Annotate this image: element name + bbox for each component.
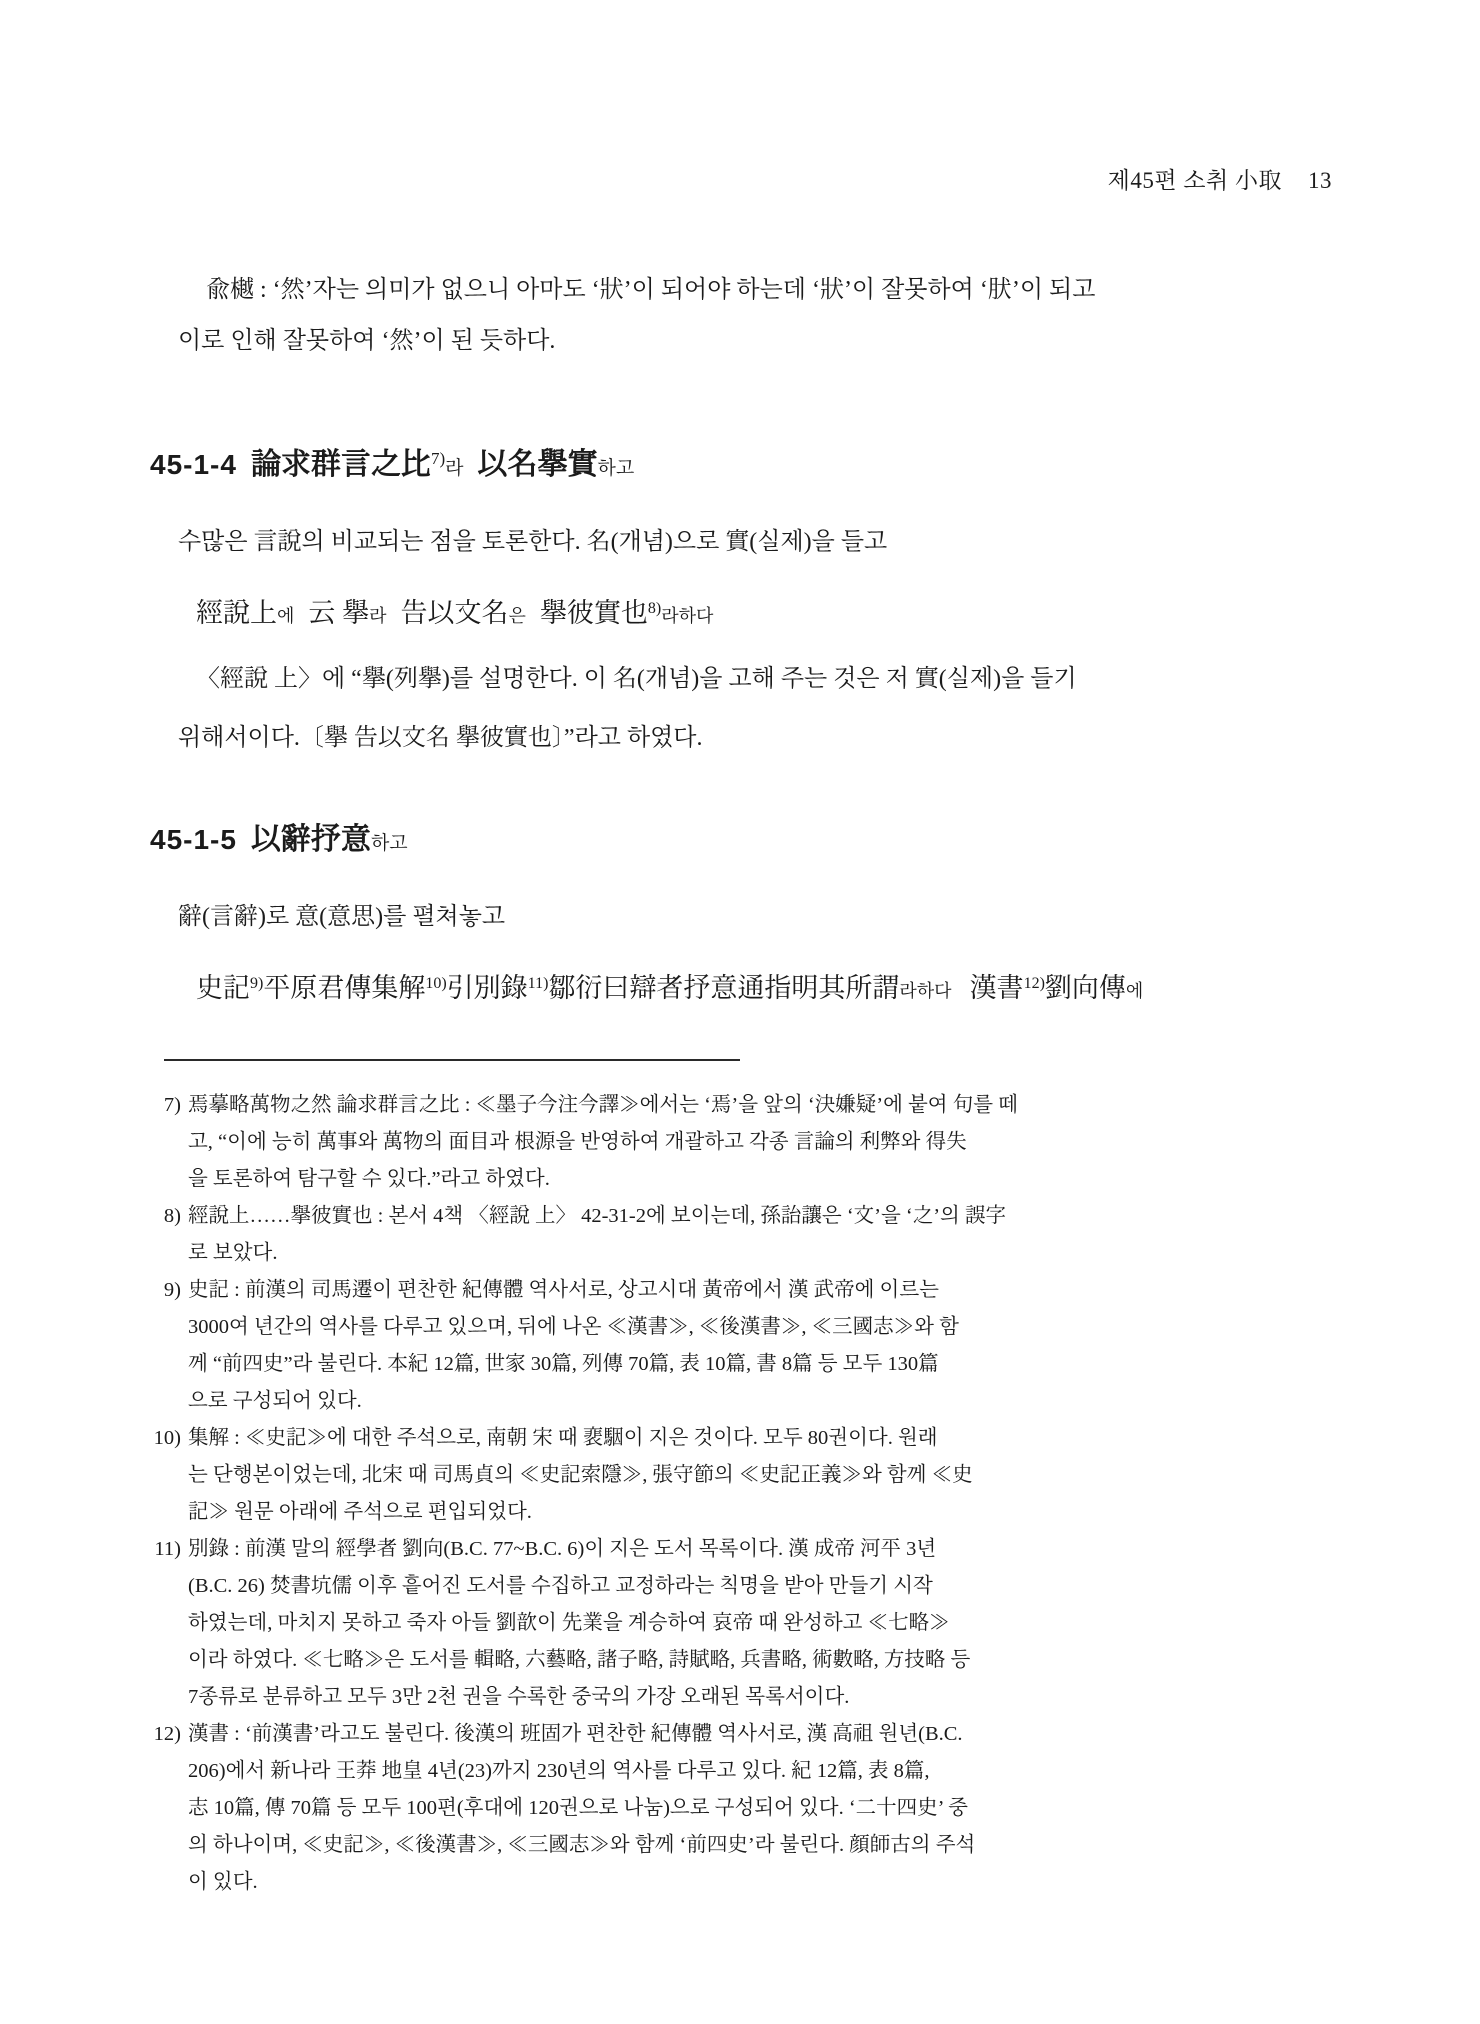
footnote-line: 7종류로 분류하고 모두 3만 2천 권을 수록한 중국의 가장 오래된 목록서… bbox=[150, 1679, 1332, 1716]
section-heading: 45-1-5以辭抒意하고 bbox=[150, 814, 1332, 858]
quote-tto: 라 bbox=[369, 606, 386, 626]
footnote-line: 8)經說上……擧彼實也 : 본서 4책 〈經說 上〉 42-31-2에 보이는데… bbox=[150, 1198, 1332, 1235]
footnote-number: 10) bbox=[150, 1420, 188, 1457]
quote-hanmun: 擧彼實也 bbox=[540, 598, 648, 628]
footnote-line: (B.C. 26) 焚書坑儒 이후 흩어진 도서를 수집하고 교정하라는 칙명을… bbox=[150, 1568, 1332, 1605]
chapter-title: 제45편 소취 小取 bbox=[1108, 168, 1282, 193]
quote-translation-line: 〈經說 上〉에 “擧(列擧)를 설명한다. 이 名(개념)을 고해 주는 것은 … bbox=[150, 650, 1332, 709]
commentary-line: 이로 인해 잘못하여 ‘然’이 된 듯하다. bbox=[178, 316, 1332, 367]
footnote-ref-7: 7) bbox=[431, 449, 445, 468]
footnote-text: 經說上……擧彼實也 : 본서 4책 〈經說 上〉 42-31-2에 보이는데, … bbox=[188, 1205, 1006, 1227]
footnote-line: 께 “前四史”라 불린다. 本紀 12篇, 世家 30篇, 列傳 70篇, 表 … bbox=[150, 1346, 1332, 1383]
section-translation: 수많은 言說의 비교되는 점을 토론한다. 名(개념)으로 實(실제)을 들고 bbox=[150, 517, 1332, 567]
footnote-text: 焉摹略萬物之然 論求群言之比 : ≪墨子今注今譯≫에서는 ‘焉’을 앞의 ‘決嫌… bbox=[188, 1094, 1018, 1116]
footnote-line: 12)漢書 : ‘前漢書’라고도 불린다. 後漢의 班固가 편찬한 紀傳體 역사… bbox=[150, 1716, 1332, 1753]
quote-hanmun: 劉向傳 bbox=[1045, 973, 1126, 1003]
heading-hanmun: 以辭抒意 bbox=[251, 823, 371, 856]
footnote-12: 12)漢書 : ‘前漢書’라고도 불린다. 後漢의 班固가 편찬한 紀傳體 역사… bbox=[150, 1716, 1332, 1901]
quote-tto: 라하다 bbox=[899, 981, 951, 1001]
quote-hanmun: 云 擧 bbox=[308, 598, 369, 628]
footnote-line: 로 보았다. bbox=[150, 1235, 1332, 1272]
running-head: 제45편 소취 小取13 bbox=[150, 162, 1332, 195]
footnote-7: 7)焉摹略萬物之然 論求群言之比 : ≪墨子今注今譯≫에서는 ‘焉’을 앞의 ‘… bbox=[150, 1087, 1332, 1198]
footnote-line: 9)史記 : 前漢의 司馬遷이 편찬한 紀傳體 역사서로, 상고시대 黃帝에서 … bbox=[150, 1272, 1332, 1309]
footnote-text: 別錄 : 前漢 말의 經學者 劉向(B.C. 77~B.C. 6)이 지은 도서… bbox=[188, 1538, 936, 1560]
commentary-line: 兪樾 : ‘然’자는 의미가 없으니 아마도 ‘狀’이 되어야 하는데 ‘狀’이… bbox=[178, 265, 1332, 316]
footnote-line: 이라 하였다. ≪七略≫은 도서를 輯略, 六藝略, 諸子略, 詩賦略, 兵書略… bbox=[150, 1642, 1332, 1679]
page-number: 13 bbox=[1308, 168, 1332, 193]
footnotes-section: 7)焉摹略萬物之然 論求群言之比 : ≪墨子今注今譯≫에서는 ‘焉’을 앞의 ‘… bbox=[150, 1087, 1332, 1901]
footnote-text: 漢書 : ‘前漢書’라고도 불린다. 後漢의 班固가 편찬한 紀傳體 역사서로,… bbox=[188, 1723, 963, 1745]
footnote-11: 11)別錄 : 前漢 말의 經學者 劉向(B.C. 77~B.C. 6)이 지은… bbox=[150, 1531, 1332, 1716]
quote-translation: 〈經說 上〉에 “擧(列擧)를 설명한다. 이 名(개념)을 고해 주는 것은 … bbox=[150, 650, 1332, 768]
footnote-line: 으로 구성되어 있다. bbox=[150, 1383, 1332, 1420]
footnote-ref-12: 12) bbox=[1024, 975, 1045, 992]
section-translation: 辭(言辭)로 意(意思)를 펼쳐놓고 bbox=[150, 892, 1332, 942]
heading-tto: 라 bbox=[445, 458, 463, 479]
footnote-ref-8: 8) bbox=[648, 600, 661, 617]
quote-hanmun: 鄒衍曰辯者抒意通指明其所謂 bbox=[548, 973, 899, 1003]
footnote-8: 8)經說上……擧彼實也 : 본서 4책 〈經說 上〉 42-31-2에 보이는데… bbox=[150, 1198, 1332, 1272]
quote-tto: 에 bbox=[1126, 981, 1143, 1001]
footnote-line: 志 10篇, 傳 70篇 등 모두 100편(후대에 120권으로 나눔)으로 … bbox=[150, 1790, 1332, 1827]
document-page: 제45편 소취 小取13 兪樾 : ‘然’자는 의미가 없으니 아마도 ‘狀’이… bbox=[0, 0, 1480, 2024]
footnote-line: 는 단행본이었는데, 北宋 때 司馬貞의 ≪史記索隱≫, 張守節의 ≪史記正義≫… bbox=[150, 1457, 1332, 1494]
section-heading: 45-1-4論求群言之比7)라以名擧實하고 bbox=[150, 439, 1332, 483]
footnote-line: 을 토론하여 탐구할 수 있다.”라고 하였다. bbox=[150, 1161, 1332, 1198]
commentary-paragraph: 兪樾 : ‘然’자는 의미가 없으니 아마도 ‘狀’이 되어야 하는데 ‘狀’이… bbox=[150, 265, 1332, 367]
quote-hanmun: 平原君傳集解 bbox=[263, 973, 425, 1003]
footnote-line: 3000여 년간의 역사를 다루고 있으며, 뒤에 나온 ≪漢書≫, ≪後漢書≫… bbox=[150, 1309, 1332, 1346]
section-number: 45-1-4 bbox=[150, 449, 237, 480]
quote-hanmun: 告以文名 bbox=[401, 598, 509, 628]
footnote-ref-10: 10) bbox=[425, 975, 446, 992]
footnote-text: 史記 : 前漢의 司馬遷이 편찬한 紀傳體 역사서로, 상고시대 黃帝에서 漢 … bbox=[188, 1279, 939, 1301]
heading-hanmun: 論求群言之比 bbox=[251, 448, 431, 481]
footnote-line: 이 있다. bbox=[150, 1864, 1332, 1901]
footnote-line: 11)別錄 : 前漢 말의 經學者 劉向(B.C. 77~B.C. 6)이 지은… bbox=[150, 1531, 1332, 1568]
quote-tto: 라하다 bbox=[661, 606, 713, 626]
section-number: 45-1-5 bbox=[150, 824, 237, 855]
quote-tto: 은 bbox=[509, 606, 526, 626]
footnote-line: 記≫ 원문 아래에 주석으로 편입되었다. bbox=[150, 1494, 1332, 1531]
section-45-1-5: 45-1-5以辭抒意하고 辭(言辭)로 意(意思)를 펼쳐놓고 史記9)平原君傳… bbox=[150, 814, 1332, 1005]
footnote-ref-9: 9) bbox=[250, 975, 263, 992]
quote-hanmun: 引別錄 bbox=[447, 973, 528, 1003]
footnote-line: 고, “이에 능히 萬事와 萬物의 面目과 根源을 반영하여 개괄하고 각종 言… bbox=[150, 1124, 1332, 1161]
footnote-line: 206)에서 新나라 王莽 地皇 4년(23)까지 230년의 역사를 다루고 … bbox=[150, 1753, 1332, 1790]
footnote-line: 7)焉摹略萬物之然 論求群言之比 : ≪墨子今注今譯≫에서는 ‘焉’을 앞의 ‘… bbox=[150, 1087, 1332, 1124]
footnote-separator bbox=[164, 1059, 740, 1061]
footnote-number: 7) bbox=[150, 1087, 188, 1124]
footnote-text: 集解 : ≪史記≫에 대한 주석으로, 南朝 宋 때 裵駰이 지은 것이다. 모… bbox=[188, 1427, 938, 1449]
quote-hanmun: 漢書 bbox=[970, 973, 1024, 1003]
footnote-number: 11) bbox=[150, 1531, 188, 1568]
footnote-ref-11: 11) bbox=[528, 975, 549, 992]
footnote-number: 12) bbox=[150, 1716, 188, 1753]
heading-hanmun: 以名擧實 bbox=[477, 448, 597, 481]
footnote-line: 의 하나이며, ≪史記≫, ≪後漢書≫, ≪三國志≫와 함께 ‘前四史’라 불린… bbox=[150, 1827, 1332, 1864]
quote-translation-line: 위해서이다.〔擧 告以文名 擧彼實也〕”라고 하였다. bbox=[150, 709, 1332, 768]
quote-hanmun: 史記 bbox=[196, 973, 250, 1003]
footnote-line: 하였는데, 마치지 못하고 죽자 아들 劉歆이 先業을 계승하여 哀帝 때 완성… bbox=[150, 1605, 1332, 1642]
hanmun-quote: 史記9)平原君傳集解10)引別錄11)鄒衍曰辯者抒意通指明其所謂라하다漢書12)… bbox=[150, 966, 1332, 1005]
footnote-number: 8) bbox=[150, 1198, 188, 1235]
heading-tto: 하고 bbox=[371, 833, 408, 854]
quote-tto: 에 bbox=[277, 606, 294, 626]
footnote-10: 10)集解 : ≪史記≫에 대한 주석으로, 南朝 宋 때 裵駰이 지은 것이다… bbox=[150, 1420, 1332, 1531]
hanmun-quote: 經說上에云 擧라告以文名은擧彼實也8)라하다 bbox=[150, 591, 1332, 630]
section-45-1-4: 45-1-4論求群言之比7)라以名擧實하고 수많은 言說의 비교되는 점을 토론… bbox=[150, 439, 1332, 768]
quote-hanmun: 經說上 bbox=[196, 598, 277, 628]
footnote-9: 9)史記 : 前漢의 司馬遷이 편찬한 紀傳體 역사서로, 상고시대 黃帝에서 … bbox=[150, 1272, 1332, 1420]
footnote-number: 9) bbox=[150, 1272, 188, 1309]
heading-tto: 하고 bbox=[597, 458, 634, 479]
footnote-line: 10)集解 : ≪史記≫에 대한 주석으로, 南朝 宋 때 裵駰이 지은 것이다… bbox=[150, 1420, 1332, 1457]
